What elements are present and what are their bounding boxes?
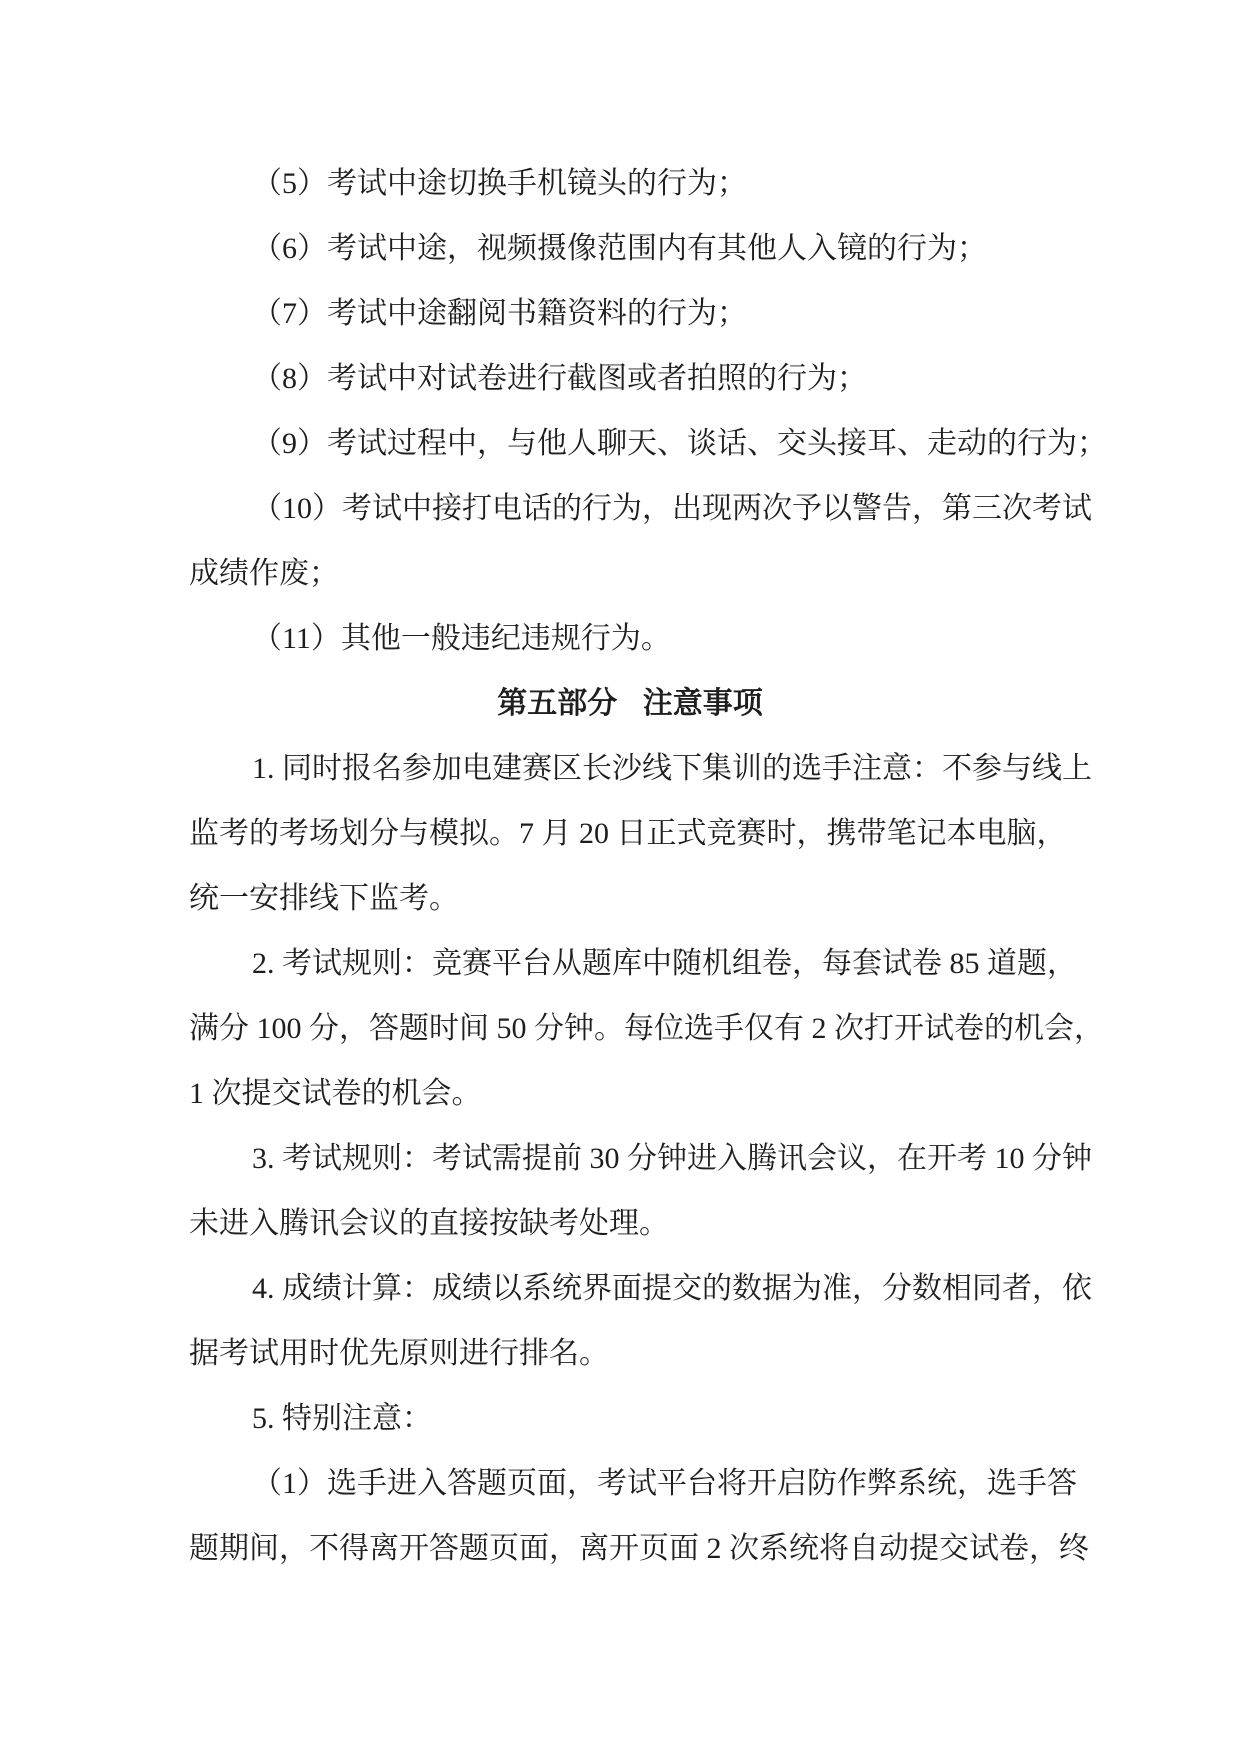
violation-item-8: （8）考试中对试卷进行截图或者拍照的行为； <box>189 346 1071 411</box>
note-5: 5. 特别注意： <box>189 1386 1071 1451</box>
note-4-line-2: 据考试用时优先原则进行排名。 <box>189 1321 1071 1386</box>
violation-item-10-line-1: （10）考试中接打电话的行为，出现两次予以警告，第三次考试 <box>189 476 1071 541</box>
document-page: （5）考试中途切换手机镜头的行为； （6）考试中途，视频摄像范围内有其他人入镜的… <box>0 0 1240 1754</box>
section-5-heading: 第五部分 注意事项 <box>189 671 1071 736</box>
violation-item-5: （5）考试中途切换手机镜头的行为； <box>189 151 1071 216</box>
note-5-sub-1-line-2: 题期间，不得离开答题页面，离开页面 2 次系统将自动提交试卷，终 <box>189 1516 1071 1581</box>
note-1-line-1: 1. 同时报名参加电建赛区长沙线下集训的选手注意：不参与线上 <box>189 736 1071 801</box>
note-3-line-1: 3. 考试规则：考试需提前 30 分钟进入腾讯会议，在开考 10 分钟 <box>189 1126 1071 1191</box>
note-1-line-3: 统一安排线下监考。 <box>189 866 1071 931</box>
violation-item-10-line-2: 成绩作废； <box>189 541 1071 606</box>
violation-item-11: （11）其他一般违纪违规行为。 <box>189 606 1071 671</box>
note-4-line-1: 4. 成绩计算：成绩以系统界面提交的数据为准，分数相同者，依 <box>189 1256 1071 1321</box>
note-1-line-2: 监考的考场划分与模拟。7 月 20 日正式竞赛时，携带笔记本电脑， <box>189 801 1071 866</box>
note-2-line-1: 2. 考试规则：竞赛平台从题库中随机组卷，每套试卷 85 道题， <box>189 931 1071 996</box>
violation-item-9: （9）考试过程中，与他人聊天、谈话、交头接耳、走动的行为； <box>189 411 1071 476</box>
note-3-line-2: 未进入腾讯会议的直接按缺考处理。 <box>189 1191 1071 1256</box>
violation-item-7: （7）考试中途翻阅书籍资料的行为； <box>189 281 1071 346</box>
note-2-line-3: 1 次提交试卷的机会。 <box>189 1061 1071 1126</box>
violation-item-6: （6）考试中途，视频摄像范围内有其他人入镜的行为； <box>189 216 1071 281</box>
note-2-line-2: 满分 100 分，答题时间 50 分钟。每位选手仅有 2 次打开试卷的机会， <box>189 996 1071 1061</box>
document-text-block: （5）考试中途切换手机镜头的行为； （6）考试中途，视频摄像范围内有其他人入镜的… <box>189 151 1071 1581</box>
note-5-sub-1-line-1: （1）选手进入答题页面，考试平台将开启防作弊系统，选手答 <box>189 1451 1071 1516</box>
